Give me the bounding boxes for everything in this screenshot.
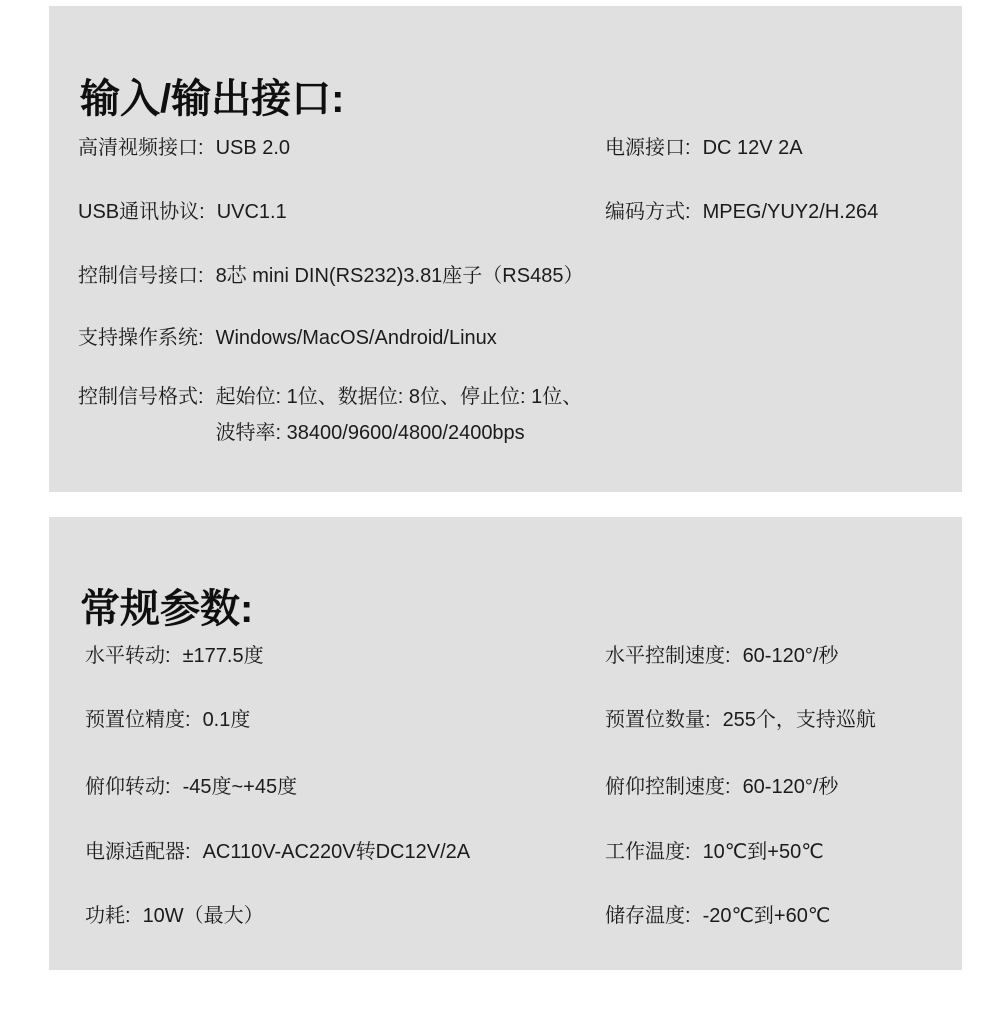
spec-value: 60-120°/秒	[743, 773, 839, 801]
spec-value-line1: 起始位: 1位、数据位: 8位、停止位: 1位、	[216, 379, 583, 415]
spec-value: MPEG/YUY2/H.264	[703, 198, 879, 226]
spec-label: 支持操作系统:	[78, 324, 204, 352]
spec-row-pan-range: 水平转动: ±177.5度	[85, 642, 264, 670]
spec-row-usb-protocol: USB通讯协议: UVC1.1	[78, 198, 287, 226]
spec-row-preset-accuracy: 预置位精度: 0.1度	[85, 706, 250, 734]
spec-label: 工作温度:	[605, 838, 691, 866]
spec-row-power-interface: 电源接口: DC 12V 2A	[605, 134, 803, 162]
spec-sheet-page: 输入/输出接口: 高清视频接口: USB 2.0 电源接口: DC 12V 2A…	[0, 0, 1000, 1016]
io-spec-panel: 输入/输出接口: 高清视频接口: USB 2.0 电源接口: DC 12V 2A…	[49, 6, 962, 492]
spec-row-tilt-range: 俯仰转动: -45度~+45度	[85, 773, 297, 801]
spec-value: 0.1度	[203, 706, 251, 734]
spec-row-preset-count: 预置位数量: 255个，支持巡航	[605, 706, 876, 734]
spec-row-storage-temperature: 储存温度: -20℃到+60℃	[605, 902, 830, 930]
spec-label: 水平控制速度:	[605, 642, 731, 670]
spec-row-power-adapter: 电源适配器: AC110V-AC220V转DC12V/2A	[85, 838, 470, 866]
spec-value: -20℃到+60℃	[703, 902, 831, 930]
spec-row-supported-os: 支持操作系统: Windows/MacOS/Android/Linux	[78, 324, 497, 352]
spec-value: 60-120°/秒	[743, 642, 839, 670]
spec-value: AC110V-AC220V转DC12V/2A	[203, 838, 471, 866]
spec-value: 起始位: 1位、数据位: 8位、停止位: 1位、 波特率: 38400/9600…	[216, 379, 583, 451]
spec-label: 俯仰控制速度:	[605, 773, 731, 801]
spec-value: -45度~+45度	[183, 773, 298, 801]
spec-row-encoding: 编码方式: MPEG/YUY2/H.264	[605, 198, 878, 226]
spec-row-control-interface: 控制信号接口: 8芯 mini DIN(RS232)3.81座子（RS485）	[78, 262, 583, 290]
spec-label: USB通讯协议:	[78, 198, 205, 226]
io-section-title: 输入/输出接口:	[80, 75, 344, 123]
spec-label: 预置位精度:	[85, 706, 191, 734]
spec-label: 预置位数量:	[605, 706, 711, 734]
spec-value: ±177.5度	[183, 642, 264, 670]
general-section-title: 常规参数:	[80, 585, 253, 633]
general-spec-panel: 常规参数: 水平转动: ±177.5度 水平控制速度: 60-120°/秒 预置…	[49, 517, 962, 970]
spec-label: 控制信号格式:	[78, 379, 204, 451]
spec-label: 水平转动:	[85, 642, 171, 670]
spec-value: UVC1.1	[217, 198, 287, 226]
spec-label: 电源接口:	[605, 134, 691, 162]
spec-row-control-signal-format: 控制信号格式: 起始位: 1位、数据位: 8位、停止位: 1位、 波特率: 38…	[78, 379, 582, 451]
spec-row-tilt-speed: 俯仰控制速度: 60-120°/秒	[605, 773, 838, 801]
spec-row-working-temperature: 工作温度: 10℃到+50℃	[605, 838, 824, 866]
spec-label: 俯仰转动:	[85, 773, 171, 801]
spec-label: 编码方式:	[605, 198, 691, 226]
spec-value: DC 12V 2A	[703, 134, 803, 162]
spec-label: 功耗:	[85, 902, 131, 930]
spec-value: Windows/MacOS/Android/Linux	[216, 324, 497, 352]
spec-row-power-consumption: 功耗: 10W（最大）	[85, 902, 264, 930]
spec-value: 255个，支持巡航	[723, 706, 876, 734]
spec-label: 高清视频接口:	[78, 134, 204, 162]
spec-value: 8芯 mini DIN(RS232)3.81座子（RS485）	[216, 262, 584, 290]
spec-label: 电源适配器:	[85, 838, 191, 866]
spec-value: 10W（最大）	[143, 902, 264, 930]
spec-value: USB 2.0	[216, 134, 290, 162]
spec-label: 储存温度:	[605, 902, 691, 930]
spec-row-pan-speed: 水平控制速度: 60-120°/秒	[605, 642, 838, 670]
spec-row-video-interface: 高清视频接口: USB 2.0	[78, 134, 290, 162]
spec-label: 控制信号接口:	[78, 262, 204, 290]
spec-value: 10℃到+50℃	[703, 838, 824, 866]
spec-value-line2: 波特率: 38400/9600/4800/2400bps	[216, 415, 583, 451]
